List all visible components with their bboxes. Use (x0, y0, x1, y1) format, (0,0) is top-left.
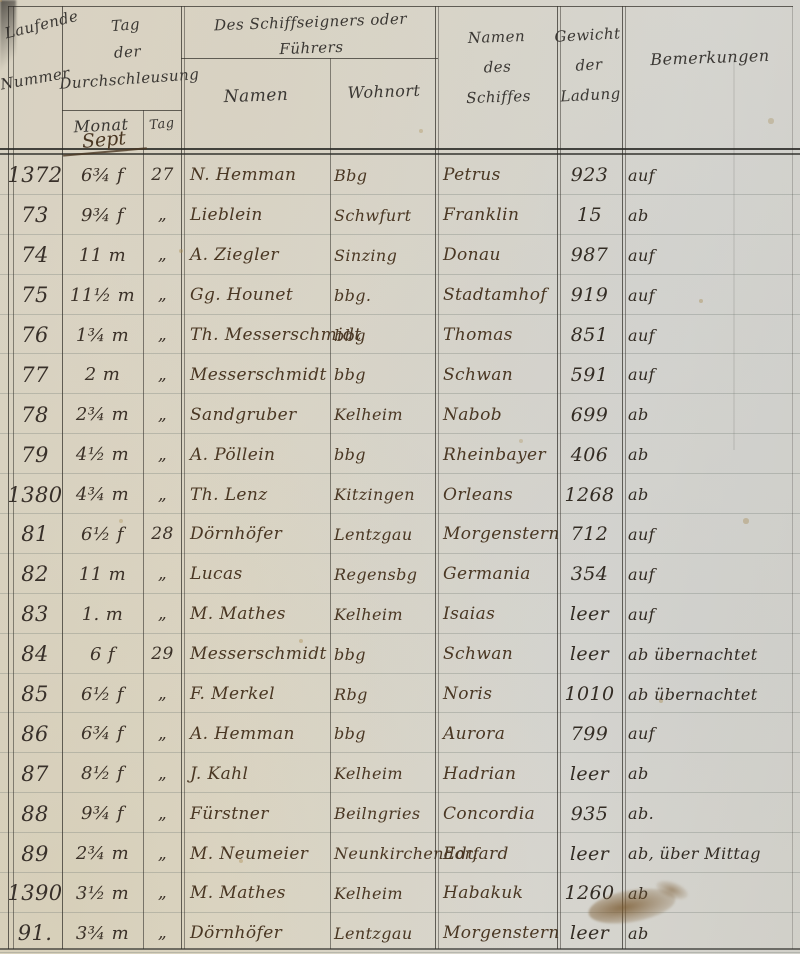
running-number: 85 (8, 675, 62, 714)
table-row: 74 11 m „ A. Ziegler Sinzing Donau 987 a… (0, 235, 800, 275)
cargo-weight: 919 (557, 276, 622, 315)
ledger-page: Laufende Nummer Tag der Durchschleusung … (0, 0, 800, 954)
cargo-weight: 712 (557, 515, 622, 554)
table-row: 78 2¾ m „ Sandgruber Kelheim Nabob 699 a… (0, 394, 800, 434)
table-row: 75 11½ m „ Gg. Hounet bbg. Stadtamhof 91… (0, 275, 800, 315)
table-bottom-border (0, 948, 800, 950)
remark: ab (622, 435, 800, 474)
table-row: 1380 4¾ m „ Th. Lenz Kitzingen Orleans 1… (0, 474, 800, 514)
lock-passage-day: „ (143, 355, 182, 394)
ship-name: Orleans (437, 475, 557, 514)
running-number: 73 (8, 196, 62, 235)
lock-passage-time: 6½ f (62, 515, 143, 554)
lock-passage-day: „ (143, 196, 182, 235)
owner-name: Fürstner (182, 794, 330, 833)
owner-name: A. Pöllein (182, 435, 330, 474)
lock-passage-time: 11½ m (62, 276, 143, 315)
table-row: 84 6 f 29 Messerschmidt bbg Schwan leer … (0, 634, 800, 674)
remark: auf (622, 236, 800, 275)
lock-passage-day: „ (143, 276, 182, 315)
owner-home: Rbg (330, 675, 437, 714)
running-number: 81 (8, 515, 62, 554)
table-row: 89 2¾ m „ M. Neumeier Neunkirchendorf Ed… (0, 833, 800, 873)
remark: ab (622, 475, 800, 514)
owner-name: Dörnhöfer (182, 914, 330, 953)
running-number: 82 (8, 555, 62, 594)
lock-passage-day: „ (143, 555, 182, 594)
lock-passage-day: „ (143, 236, 182, 275)
running-number: 86 (8, 714, 62, 753)
running-number: 75 (8, 276, 62, 315)
lock-passage-time: 11 m (62, 555, 143, 594)
column-header-cargo-weight: Gewicht der Ladung (554, 18, 625, 111)
ship-name: Eduard (437, 834, 557, 873)
month-subheader-rule (62, 110, 182, 111)
cargo-weight: 1010 (557, 675, 622, 714)
owner-home: bbg (330, 355, 437, 394)
cargo-weight: 1268 (557, 475, 622, 514)
lock-passage-time: 2¾ m (62, 834, 143, 873)
ship-name: Stadtamhof (437, 276, 557, 315)
cargo-weight: 406 (557, 435, 622, 474)
owner-name: M. Neumeier (182, 834, 330, 873)
cargo-weight: 923 (557, 156, 622, 195)
owner-home: Kelheim (330, 754, 437, 793)
column-header-remarks: Bemerkungen (634, 45, 787, 69)
lock-passage-time: 6½ f (62, 675, 143, 714)
table-row: 79 4½ m „ A. Pöllein bbg Rheinbayer 406 … (0, 434, 800, 474)
owner-name: J. Kahl (182, 754, 330, 793)
lock-passage-time: 4½ m (62, 435, 143, 474)
cargo-weight: 851 (557, 316, 622, 355)
name-home-divider (330, 58, 331, 949)
owner-home: Schwfurt (330, 196, 437, 235)
lock-passage-time: 11 m (62, 236, 143, 275)
column-header-ship-name: Namen des Schiffes (438, 20, 556, 114)
remark: auf (622, 515, 800, 554)
remark: ab (622, 754, 800, 793)
owner-home: Lentzgau (330, 515, 437, 554)
ship-name: Hadrian (437, 754, 557, 793)
lock-passage-time: 3½ m (62, 874, 143, 913)
running-number: 77 (8, 355, 62, 394)
ship-name: Morgenstern (437, 515, 557, 554)
running-number: 89 (8, 834, 62, 873)
ship-name: Aurora (437, 714, 557, 753)
owner-name: Th. Messerschmidt (182, 316, 330, 355)
table-row: 86 6¾ f „ A. Hemman bbg Aurora 799 auf (0, 713, 800, 753)
owner-name: M. Mathes (182, 874, 330, 913)
lock-passage-time: 8½ f (62, 754, 143, 793)
table-row: 88 9¾ f „ Fürstner Beilngries Concordia … (0, 793, 800, 833)
lock-passage-day: „ (143, 874, 182, 913)
owner-home: Beilngries (330, 794, 437, 833)
table-row: 73 9¾ f „ Lieblein Schwfurt Franklin 15 … (0, 195, 800, 235)
remark: ab (622, 874, 800, 913)
lock-passage-time: 9¾ f (62, 196, 143, 235)
owner-name: M. Mathes (182, 595, 330, 634)
owner-name: Lucas (182, 555, 330, 594)
column-header-owner-name: Namen (196, 84, 317, 108)
ship-name: Isaias (437, 595, 557, 634)
owner-name: Lieblein (182, 196, 330, 235)
remark: ab (622, 395, 800, 434)
column-header-owner-home: Wohnort (334, 80, 435, 102)
running-number: 1372 (8, 156, 62, 195)
cargo-weight: 935 (557, 794, 622, 833)
ship-name: Franklin (437, 196, 557, 235)
cargo-weight: 354 (557, 555, 622, 594)
running-number: 1380 (8, 475, 62, 514)
running-number: 76 (8, 316, 62, 355)
cargo-weight: 799 (557, 714, 622, 753)
table-row: 1390 3½ m „ M. Mathes Kelheim Habakuk 12… (0, 873, 800, 913)
running-number: 87 (8, 754, 62, 793)
running-number: 1390 (8, 874, 62, 913)
running-number: 79 (8, 435, 62, 474)
owner-home: Kelheim (330, 595, 437, 634)
month-day-divider (143, 110, 144, 949)
owner-home: Kitzingen (330, 475, 437, 514)
table-row: 85 6½ f „ F. Merkel Rbg Noris 1010 ab üb… (0, 674, 800, 714)
remark: auf (622, 555, 800, 594)
owner-home: bbg (330, 714, 437, 753)
cargo-weight: leer (557, 595, 622, 634)
remark: auf (622, 276, 800, 315)
remark: ab übernachtet (622, 675, 800, 714)
cargo-weight: leer (557, 834, 622, 873)
remark: auf (622, 316, 800, 355)
lock-passage-time: 4¾ m (62, 475, 143, 514)
remark: ab (622, 914, 800, 953)
remark: auf (622, 714, 800, 753)
remark: ab. (622, 794, 800, 833)
column-header-day-of-lock-passage: Tag der Durchschleusung (47, 7, 207, 99)
paper-freckles (0, 0, 2, 2)
remark: ab übernachtet (622, 635, 800, 674)
owner-name: N. Hemman (182, 156, 330, 195)
running-number: 74 (8, 236, 62, 275)
table-row: 91. 3¾ m „ Dörnhöfer Lentzgau Morgenster… (0, 913, 800, 953)
table-row: 77 2 m „ Messerschmidt bbg Schwan 591 au… (0, 354, 800, 394)
cargo-weight: 591 (557, 355, 622, 394)
header-separator-rule-inner (0, 153, 800, 155)
owner-home: Kelheim (330, 395, 437, 434)
lock-passage-day: 27 (143, 156, 182, 195)
running-number: 84 (8, 635, 62, 674)
lock-passage-day: 29 (143, 635, 182, 674)
ship-name: Donau (437, 236, 557, 275)
lock-passage-time: 2 m (62, 355, 143, 394)
table-row: 81 6½ f 28 Dörnhöfer Lentzgau Morgenster… (0, 514, 800, 554)
owner-name: Messerschmidt (182, 355, 330, 394)
cargo-weight: 15 (557, 196, 622, 235)
ship-name: Schwan (437, 355, 557, 394)
table-row: 1372 6¾ f 27 N. Hemman Bbg Petrus 923 au… (0, 155, 800, 195)
ship-name: Thomas (437, 316, 557, 355)
remark: auf (622, 355, 800, 394)
owner-home: Lentzgau (330, 914, 437, 953)
owner-name: Th. Lenz (182, 475, 330, 514)
ship-name: Concordia (437, 794, 557, 833)
table-row: 87 8½ f „ J. Kahl Kelheim Hadrian leer a… (0, 753, 800, 793)
ship-name: Germania (437, 555, 557, 594)
cargo-weight: leer (557, 754, 622, 793)
owner-name: A. Hemman (182, 714, 330, 753)
table-body: 1372 6¾ f 27 N. Hemman Bbg Petrus 923 au… (0, 155, 800, 953)
owner-home: Neunkirchendorf (330, 834, 437, 873)
remark: auf (622, 156, 800, 195)
lock-passage-day: „ (143, 475, 182, 514)
owner-name: F. Merkel (182, 675, 330, 714)
cargo-weight: leer (557, 635, 622, 674)
remark: auf (622, 595, 800, 634)
owner-home: Regensbg (330, 555, 437, 594)
bleed-through-line (733, 60, 735, 450)
owner-home: bbg (330, 316, 437, 355)
owner-home: bbg (330, 635, 437, 674)
table-row: 82 11 m „ Lucas Regensbg Germania 354 au… (0, 554, 800, 594)
column-header-ship-owner-group: Des Schiffseigners oder Führers (187, 6, 435, 66)
lock-passage-day: „ (143, 914, 182, 953)
lock-passage-day: „ (143, 435, 182, 474)
ship-name: Rheinbayer (437, 435, 557, 474)
cargo-weight: 699 (557, 395, 622, 434)
ship-name: Morgenstern (437, 914, 557, 953)
ship-name: Noris (437, 675, 557, 714)
lock-passage-time: 2¾ m (62, 395, 143, 434)
cargo-weight: leer (557, 914, 622, 953)
lock-passage-day: „ (143, 595, 182, 634)
lock-passage-day: „ (143, 316, 182, 355)
owner-home: Sinzing (330, 236, 437, 275)
cargo-weight: 1260 (557, 874, 622, 913)
ship-name: Habakuk (437, 874, 557, 913)
owner-home: Kelheim (330, 874, 437, 913)
lock-passage-day: „ (143, 714, 182, 753)
running-number: 88 (8, 794, 62, 833)
column-header-day: Tag (141, 115, 182, 134)
running-number: 83 (8, 595, 62, 634)
lock-passage-day: „ (143, 395, 182, 434)
ship-name: Schwan (437, 635, 557, 674)
lock-passage-time: 6¾ f (62, 714, 143, 753)
remark: ab (622, 196, 800, 235)
lock-passage-time: 1¾ m (62, 316, 143, 355)
lock-passage-day: „ (143, 675, 182, 714)
remark: ab, über Mittag (622, 834, 800, 873)
lock-passage-day: 28 (143, 515, 182, 554)
running-number: 78 (8, 395, 62, 434)
table-row: 76 1¾ m „ Th. Messerschmidt bbg Thomas 8… (0, 315, 800, 355)
lock-passage-time: 3¾ m (62, 914, 143, 953)
cargo-weight: 987 (557, 236, 622, 275)
lock-passage-day: „ (143, 834, 182, 873)
owner-name: A. Ziegler (182, 236, 330, 275)
table-row: 83 1. m „ M. Mathes Kelheim Isaias leer … (0, 594, 800, 634)
lock-passage-time: 1. m (62, 595, 143, 634)
ship-name: Nabob (437, 395, 557, 434)
owner-home: Bbg (330, 156, 437, 195)
lock-passage-day: „ (143, 754, 182, 793)
owner-home: bbg (330, 435, 437, 474)
lock-passage-time: 9¾ f (62, 794, 143, 833)
lock-passage-time: 6¾ f (62, 156, 143, 195)
owner-name: Sandgruber (182, 395, 330, 434)
ship-name: Petrus (437, 156, 557, 195)
lock-passage-time: 6 f (62, 635, 143, 674)
owner-name: Gg. Hounet (182, 276, 330, 315)
owner-name: Messerschmidt (182, 635, 330, 674)
owner-home: bbg. (330, 276, 437, 315)
owner-name: Dörnhöfer (182, 515, 330, 554)
running-number: 91. (8, 914, 62, 953)
lock-passage-day: „ (143, 794, 182, 833)
